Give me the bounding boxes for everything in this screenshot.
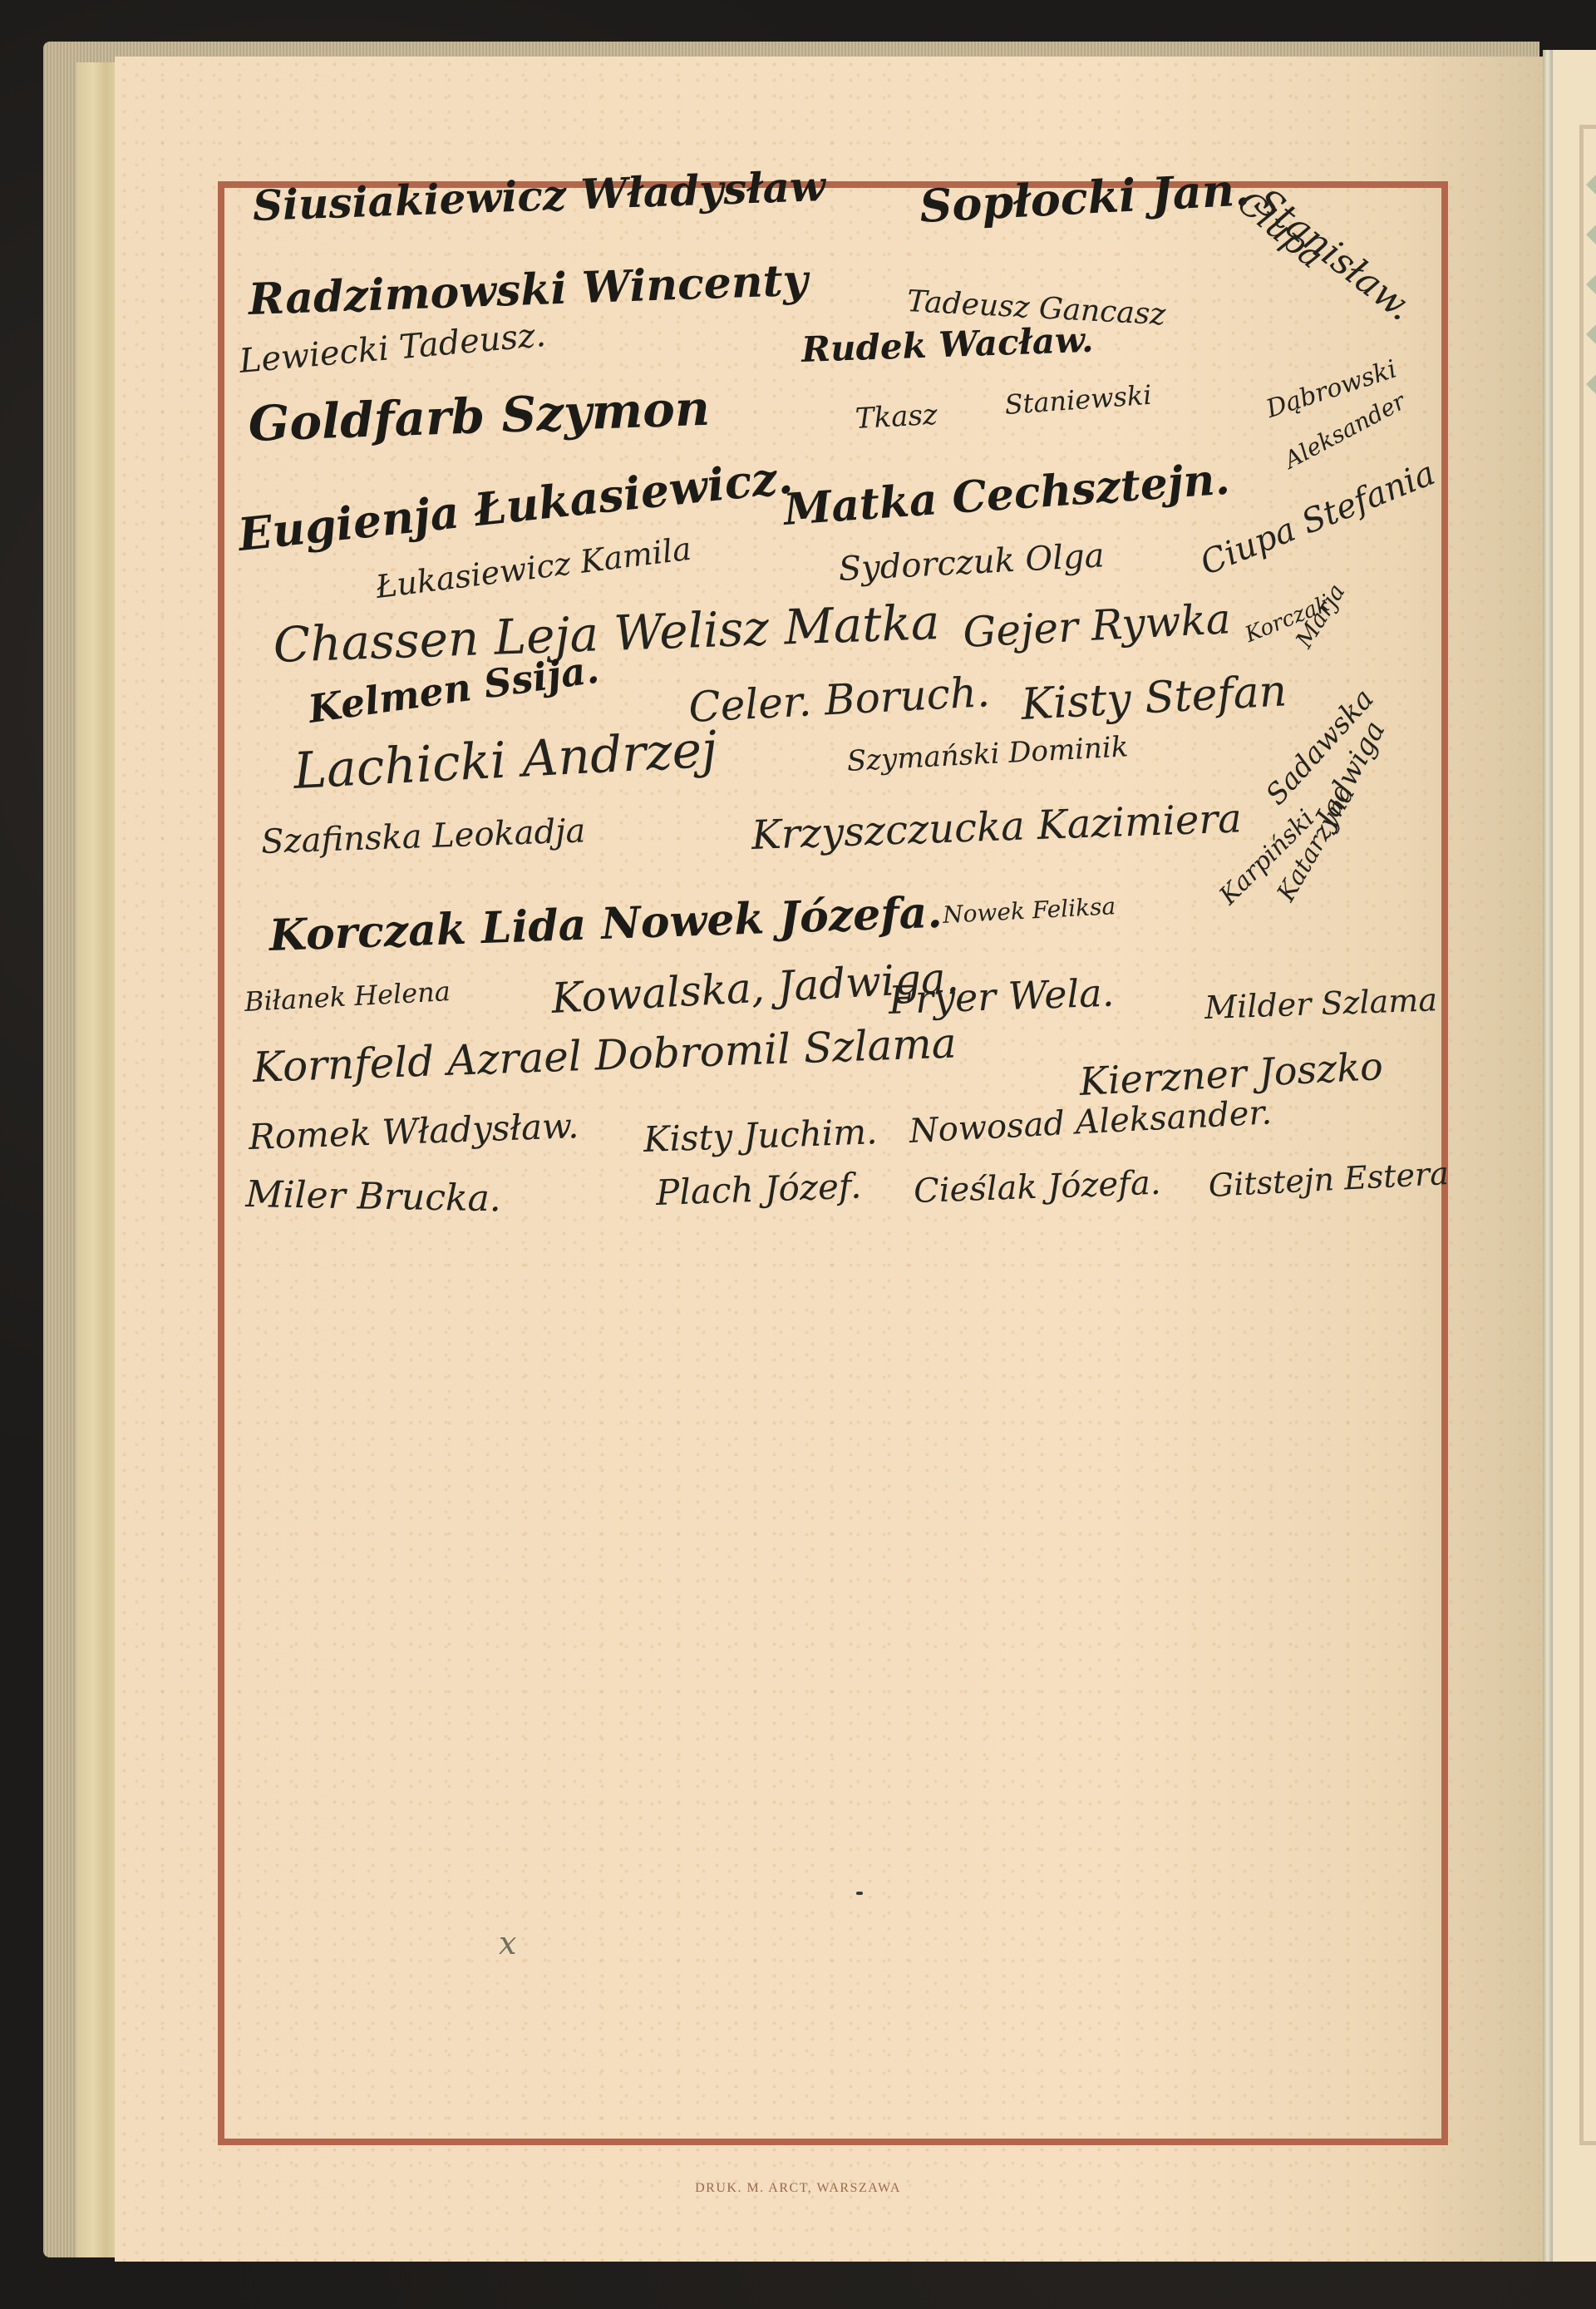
handwritten-signature: Plach Józef. <box>655 1165 862 1213</box>
handwritten-signature: Miler Brucka. <box>245 1173 501 1220</box>
decorative-border-frame <box>218 181 1448 2145</box>
facing-page-ornament: ◆◆◆◆◆ <box>1586 158 1596 507</box>
handwritten-signature: Kisty Juchim. <box>643 1111 878 1160</box>
page-edges <box>76 62 118 2257</box>
printer-imprint: DRUK. M. ARCT, WARSZAWA <box>0 2181 1596 2196</box>
facing-page: ◆◆◆◆◆ <box>1553 50 1596 2262</box>
handwritten-signature: Tkasz <box>855 398 938 436</box>
handwritten-signature: Fryer Wela. <box>888 970 1115 1023</box>
pencil-mark: x <box>499 1925 549 1975</box>
ink-speck <box>856 1892 863 1895</box>
